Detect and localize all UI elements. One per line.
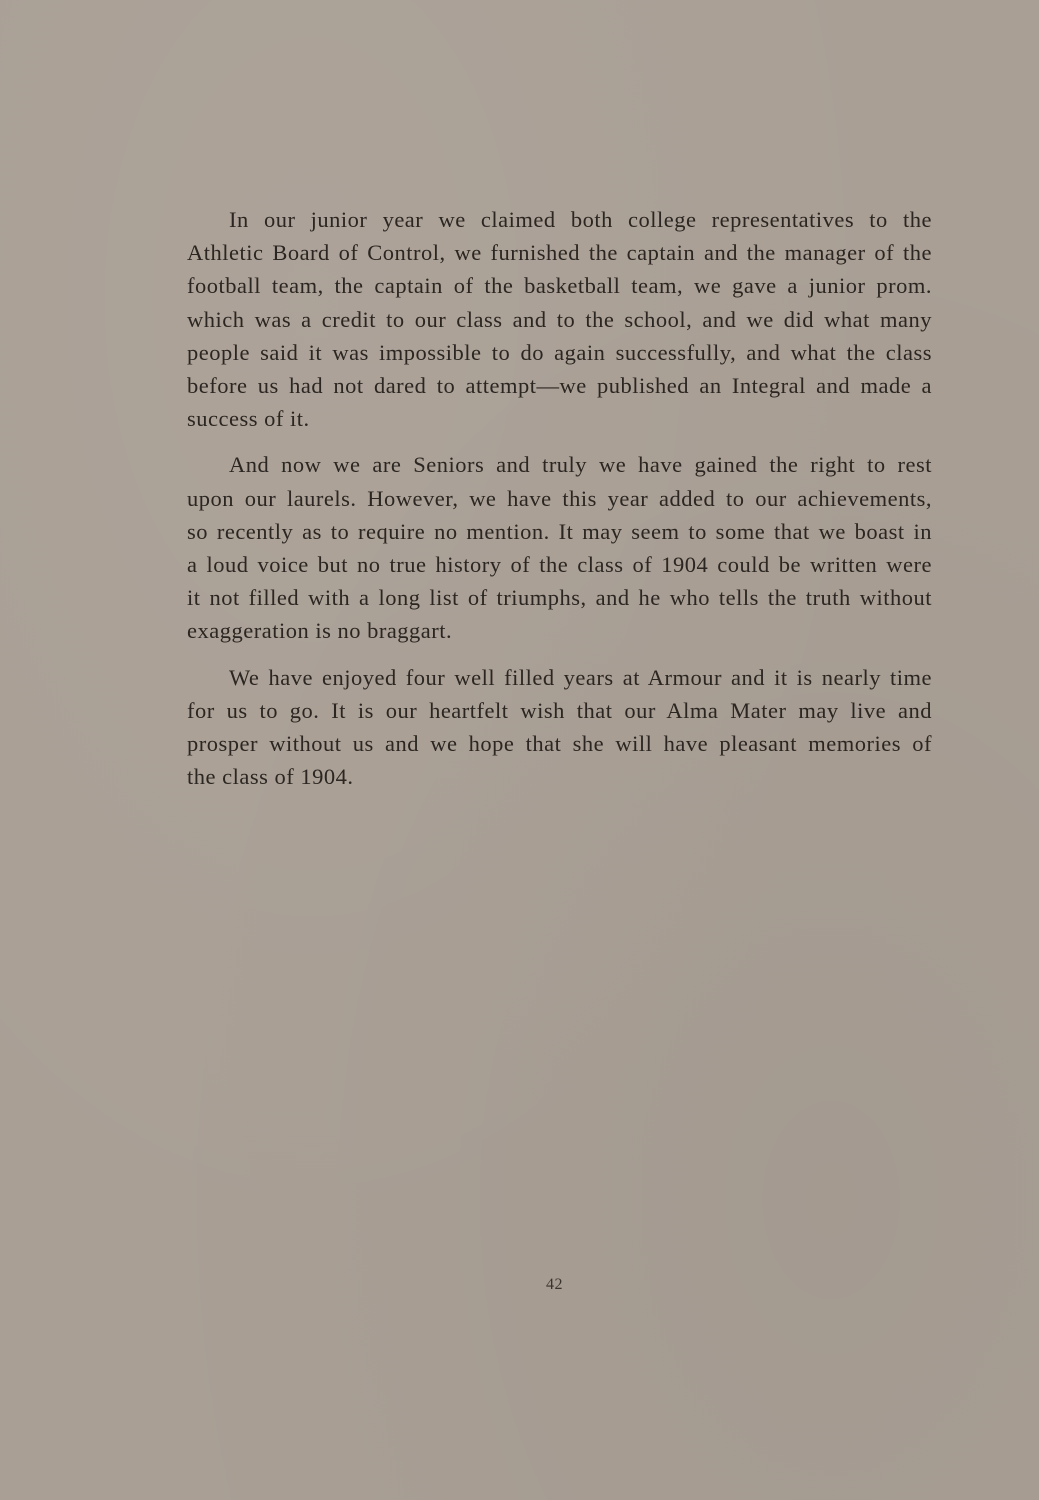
text-line: exaggeration is no braggart. xyxy=(187,614,932,647)
document-page: In our junior year we claimed both colle… xyxy=(0,0,1039,1500)
text-line: upon our laurels. However, we have this … xyxy=(187,482,932,515)
text-line: And now we are Seniors and truly we have… xyxy=(187,448,932,481)
text-line: it not filled with a long list of triump… xyxy=(187,581,932,614)
text-line: so recently as to require no mention. It… xyxy=(187,515,932,548)
paragraph-junior-year: In our junior year we claimed both colle… xyxy=(187,203,932,435)
page-number: 42 xyxy=(546,1276,563,1294)
paragraph-seniors: And now we are Seniors and truly we have… xyxy=(187,448,932,647)
text-line: Athletic Board of Control, we furnished … xyxy=(187,236,932,269)
text-line: We have enjoyed four well filled years a… xyxy=(187,661,932,694)
text-line: a loud voice but no true history of the … xyxy=(187,548,932,581)
paragraph-farewell: We have enjoyed four well filled years a… xyxy=(187,661,932,794)
text-line: success of it. xyxy=(187,402,932,435)
text-line: for us to go. It is our heartfelt wish t… xyxy=(187,694,932,727)
text-line: In our junior year we claimed both colle… xyxy=(187,203,932,236)
text-line: the class of 1904. xyxy=(187,760,932,793)
body-text: In our junior year we claimed both colle… xyxy=(187,203,932,806)
text-line: before us had not dared to attempt—we pu… xyxy=(187,369,932,402)
text-line: which was a credit to our class and to t… xyxy=(187,303,932,336)
text-line: prosper without us and we hope that she … xyxy=(187,727,932,760)
text-line: football team, the captain of the basket… xyxy=(187,269,932,302)
text-line: people said it was impossible to do agai… xyxy=(187,336,932,369)
